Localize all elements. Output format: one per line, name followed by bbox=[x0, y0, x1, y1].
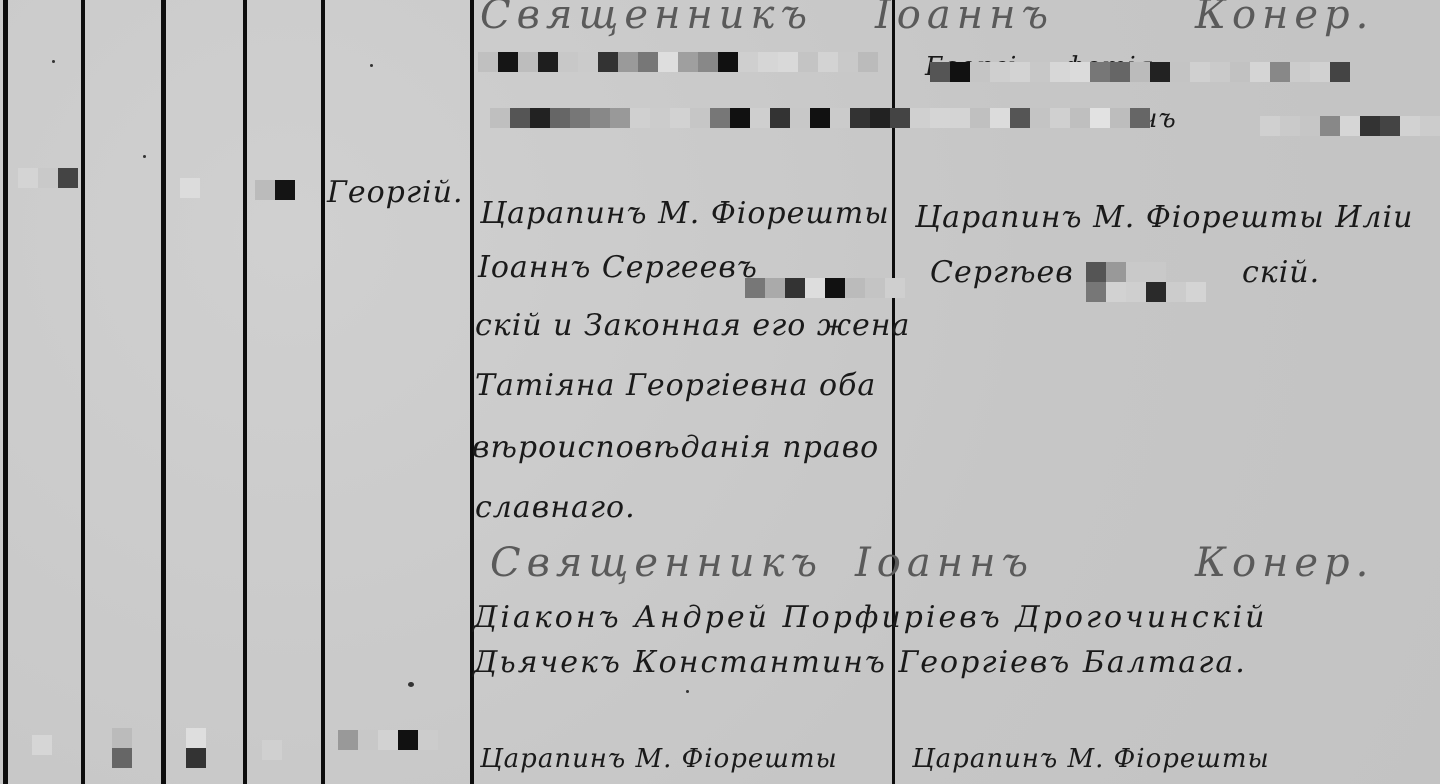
signature-priest-surname: Конер. bbox=[1195, 540, 1374, 586]
entry-text: Царапинъ М. Фіорешты bbox=[480, 744, 838, 774]
redaction-block bbox=[745, 278, 905, 298]
entry-text: Татіяна Георгіевна оба bbox=[475, 368, 876, 403]
signature-priest-name: Іоаннъ bbox=[855, 540, 1034, 586]
redaction-block bbox=[112, 728, 132, 768]
redaction-block bbox=[1086, 262, 1206, 302]
entry-text: Царапинъ М. Фіорешты bbox=[912, 744, 1270, 774]
child-name: Георгій. bbox=[327, 175, 464, 210]
signature-priest-surname: Конер. bbox=[1195, 0, 1374, 38]
entry-text: Сергѣев bbox=[930, 255, 1074, 290]
entry-text: скій. bbox=[1242, 255, 1320, 290]
entry-text: Іоаннъ Сергеевъ bbox=[478, 250, 758, 285]
column-rule bbox=[321, 0, 325, 784]
column-rule bbox=[243, 0, 247, 784]
paper-speck bbox=[408, 682, 414, 687]
signature-priest-name: Іоаннъ bbox=[875, 0, 1054, 38]
paper-speck bbox=[52, 60, 55, 63]
redaction-block bbox=[478, 52, 878, 72]
paper-speck bbox=[370, 64, 373, 67]
entry-text: славнаго. bbox=[475, 490, 636, 525]
paper-speck bbox=[143, 155, 146, 158]
redaction-block bbox=[262, 740, 282, 760]
signature-priest-title: Священникъ bbox=[480, 0, 813, 38]
entry-text: Царапинъ М. Фіорешты bbox=[480, 196, 890, 231]
redaction-block bbox=[930, 62, 1350, 82]
paper-speck bbox=[686, 690, 689, 693]
redaction-block bbox=[32, 735, 52, 755]
signature-sexton: Дьячекъ Константинъ Георгіевъ Балтага. bbox=[473, 645, 1247, 680]
redaction-block bbox=[180, 178, 200, 198]
signature-priest-title: Священникъ bbox=[490, 540, 823, 586]
redaction-block bbox=[1260, 116, 1440, 136]
redaction-block bbox=[255, 180, 295, 200]
redaction-block bbox=[186, 728, 206, 768]
entry-text: вѣроисповѣданія право bbox=[472, 430, 879, 465]
redaction-block bbox=[490, 108, 1150, 128]
redaction-block bbox=[338, 730, 438, 750]
signature-deacon: Діаконъ Андрей Порфиріевъ Дрогочинскій bbox=[473, 600, 1267, 635]
column-rule bbox=[81, 0, 85, 784]
redaction-block bbox=[18, 168, 78, 188]
entry-text: Царапинъ М. Фіорешты Иліи bbox=[915, 200, 1413, 235]
entry-text: скій и Законная его жена bbox=[475, 308, 910, 343]
column-rule bbox=[3, 0, 8, 784]
column-rule bbox=[161, 0, 166, 784]
